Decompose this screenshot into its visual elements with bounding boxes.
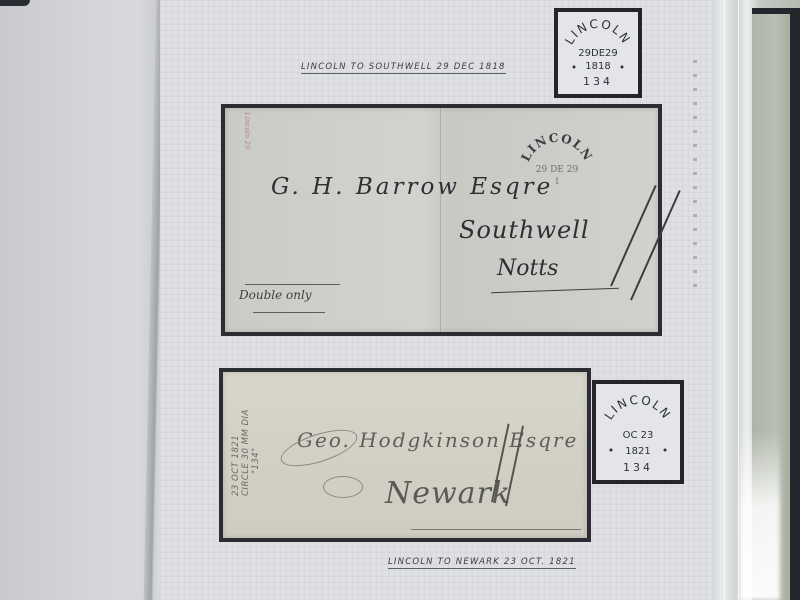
addressee-county: Notts [497, 256, 558, 281]
svg-text:134: 134 [623, 461, 653, 474]
cover-2-mount: 23 OCT 1821 CIRCLE 30 MM DIA "134" Geo. … [219, 368, 591, 542]
svg-text:1821: 1821 [625, 446, 650, 457]
fold-line [440, 108, 441, 332]
addressee-name: G. H. Barrow Esqre [271, 174, 553, 200]
svg-text:29DE29: 29DE29 [578, 48, 617, 59]
pencil-annotation: 23 OCT 1821 CIRCLE 30 MM DIA "134" [231, 409, 261, 496]
svg-text:1818: 1818 [585, 61, 610, 72]
cover-newark: 23 OCT 1821 CIRCLE 30 MM DIA "134" Geo. … [223, 372, 587, 538]
red-manuscript-note: Lincoln 29 [243, 112, 251, 149]
top-caption: LINCOLN TO SOUTHWELL 29 DEC 1818 [301, 62, 506, 74]
postmark-card-2: LINCOLN OC 23 1821 134 [592, 380, 684, 484]
svg-text:1: 1 [554, 177, 559, 186]
postmark-replica-2: LINCOLN OC 23 1821 134 [596, 384, 680, 480]
double-only-note: Double only [239, 288, 312, 302]
svg-text:LINCOLN: LINCOLN [562, 17, 634, 47]
svg-text:OC 23: OC 23 [623, 430, 654, 441]
sleeve-edge [738, 0, 739, 600]
postmark-replica-1: LINCOLN 29DE29 1818 134 [558, 12, 638, 94]
cover-1-mount: Lincoln 29 LINCOLN 29 DE 29 1 G. H. Barr… [221, 104, 662, 336]
bottom-caption: LINCOLN TO NEWARK 23 OCT. 1821 [388, 557, 576, 569]
svg-text:134: 134 [583, 75, 613, 88]
left-facing-page [0, 0, 162, 600]
address-underline [491, 288, 619, 293]
addressee-town: Southwell [459, 216, 590, 244]
sleeve-edge [724, 0, 725, 600]
dark-corner [0, 0, 30, 6]
note-line [253, 312, 325, 313]
cover-southwell: Lincoln 29 LINCOLN 29 DE 29 1 G. H. Barr… [225, 108, 658, 332]
rate-mark-stroke [610, 185, 657, 286]
svg-text:LINCOLN: LINCOLN [518, 131, 595, 164]
svg-text:LINCOLN: LINCOLN [602, 393, 674, 423]
note-line [245, 284, 340, 285]
postmark-card-1: LINCOLN 29DE29 1818 134 [554, 8, 642, 98]
address-underline [411, 529, 581, 530]
page-edge-marks [693, 60, 697, 290]
sleeve-glare [740, 430, 780, 600]
pen-flourish [323, 476, 363, 498]
